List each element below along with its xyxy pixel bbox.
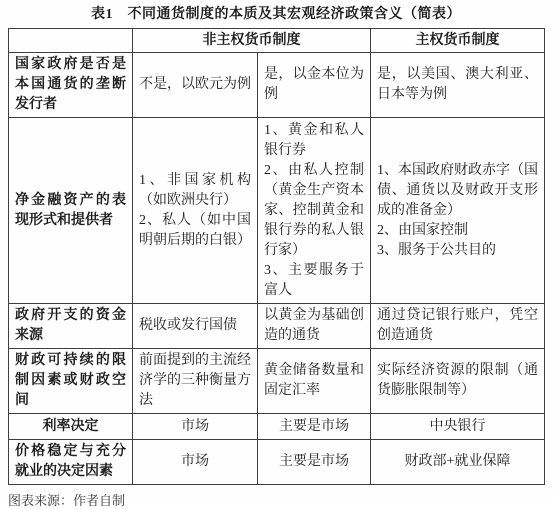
page: 表1 不同通货制度的本质及其宏观经济政策含义（简表） 非主权货币制度 主权货币制… (0, 0, 554, 498)
table-row-funding-source: 政府开支的资金来源 税收或发行国债 以黄金为基础创造的通货 通过贷记银行账户，凭… (9, 304, 545, 349)
table-cell: 1、黄金和私人银行券 2、由私人控制（黄金生产资本家、控制黄金和银行券的私人银行… (258, 118, 371, 304)
table-cell: 是，以金本位为例 (258, 53, 371, 118)
table-cell: 税收或发行国债 (133, 304, 258, 349)
table-cell: 不是，以欧元为例 (133, 53, 258, 118)
corner-cell (9, 29, 133, 53)
table-title: 表1 不同通货制度的本质及其宏观经济政策含义（简表） (8, 6, 544, 24)
row-label: 利率决定 (9, 414, 133, 440)
table-cell: 前面提到的主流经济学的三种衡量方法 (133, 349, 258, 414)
table-cell: 以黄金为基础创造的通货 (258, 304, 371, 349)
currency-regimes-table: 非主权货币制度 主权货币制度 国家政府是否是本国通货的垄断发行者 不是，以欧元为… (8, 28, 545, 485)
table-row-interest-rate: 利率决定 市场 主要是市场 中央银行 (9, 414, 545, 440)
table-cell: 通过贷记银行账户，凭空创造通货 (371, 304, 545, 349)
source-note: 图表来源：作者自制 (8, 492, 554, 509)
header-sovereign-currency: 主权货币制度 (371, 29, 545, 53)
row-label: 政府开支的资金来源 (9, 304, 133, 349)
table-cell: 是，以美国、澳大利亚、日本等为例 (371, 53, 545, 118)
row-label: 财政可持续的限制因素或财政空间 (9, 349, 133, 414)
table-cell: 中央银行 (371, 414, 545, 440)
table-cell: 主要是市场 (258, 414, 371, 440)
table-cell: 主要是市场 (258, 440, 371, 485)
table-cell: 财政部+就业保障 (371, 440, 545, 485)
header-non-sovereign-currency: 非主权货币制度 (133, 29, 371, 53)
table-cell: 1、本国政府财政赤字（国债、通货以及财政开支形成的准备金） 2、由国家控制 3、… (371, 118, 545, 304)
table-cell: 市场 (133, 440, 258, 485)
table-cell: 1、非国家机构（如欧洲央行） 2、私人（如中国明朝后期的白银） (133, 118, 258, 304)
row-label: 国家政府是否是本国通货的垄断发行者 (9, 53, 133, 118)
table-cell: 实际经济资源的限制（通货膨胀限制等） (371, 349, 545, 414)
table-header-row: 非主权货币制度 主权货币制度 (9, 29, 545, 53)
row-label: 价格稳定与充分就业的决定因素 (9, 440, 133, 485)
table-cell: 黄金储备数量和固定汇率 (258, 349, 371, 414)
table-cell: 市场 (133, 414, 258, 440)
row-label: 净金融资产的表现形式和提供者 (9, 118, 133, 304)
table-row-fiscal-sustainability: 财政可持续的限制因素或财政空间 前面提到的主流经济学的三种衡量方法 黄金储备数量… (9, 349, 545, 414)
table-row-monopoly-issuer: 国家政府是否是本国通货的垄断发行者 不是，以欧元为例 是，以金本位为例 是，以美… (9, 53, 545, 118)
table-row-price-stability-employment: 价格稳定与充分就业的决定因素 市场 主要是市场 财政部+就业保障 (9, 440, 545, 485)
table-row-net-financial-assets: 净金融资产的表现形式和提供者 1、非国家机构（如欧洲央行） 2、私人（如中国明朝… (9, 118, 545, 304)
